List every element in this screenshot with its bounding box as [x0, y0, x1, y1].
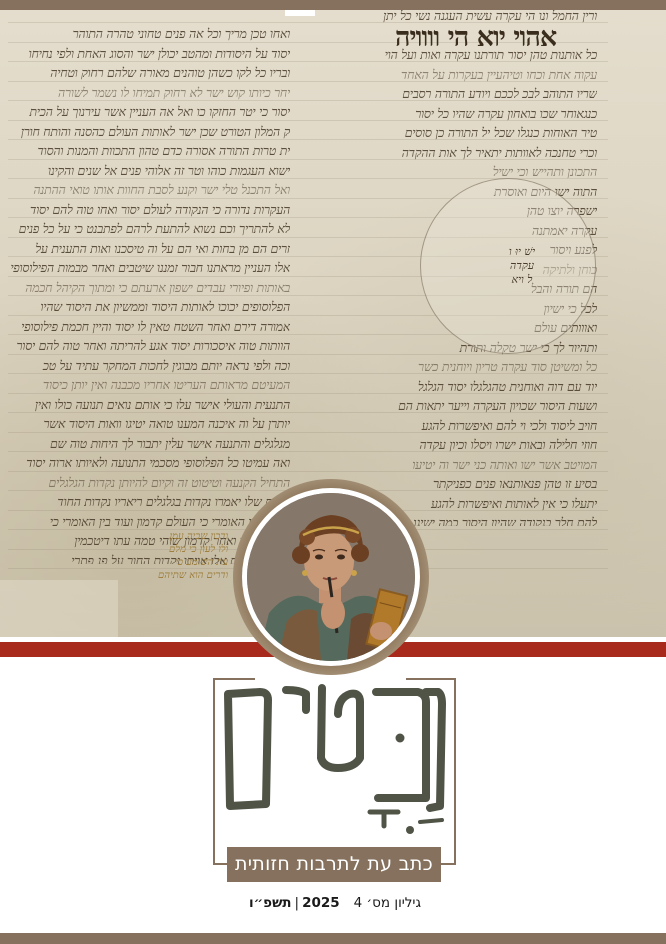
circle-text-line: ישׁ יוּ ו	[492, 245, 552, 259]
manuscript-line: המעיטם מראותם העריטו אחריו מכבנה ואין יו…	[8, 375, 290, 395]
manuscript-line: אמורה דירם ואחר השטח טאין לו יסוד והיין …	[8, 317, 290, 337]
bottom-border-bar	[0, 933, 666, 944]
manuscript-line: לא להתריך וכם נשוא להתעת לרהם לפתבנט כי …	[8, 219, 290, 239]
logo-frame-left	[213, 678, 215, 864]
manuscript-line: ישוא העגמות כוהו וטר זה אלוהי פנים אל שנ…	[8, 161, 290, 181]
manuscript-line: טיר האוחות כנגלו שכל יל התורה כן סוסים	[315, 123, 597, 143]
manuscript-line: זרים הם מן בחות ואי הם על וה טיסכנו ואות…	[8, 239, 290, 259]
portrait-woman-icon	[247, 493, 415, 661]
manuscript-line: התכונן ותהייש וכי ישיל	[315, 162, 597, 182]
parchment-patch	[0, 580, 118, 637]
manuscript-line: באותות ופיורי עבדים ישפון ארעתם כי ומתוך…	[8, 278, 290, 298]
issue-year: 2025	[302, 895, 340, 911]
margin-note-line: ולו לעון כי מלם	[158, 543, 228, 556]
issue-info: גיליון מס׳ 42025|תשפ״ו	[200, 892, 470, 914]
manuscript-line: וכה ולפי נראה יותם מבוגין לחכות המחקר עת…	[8, 356, 290, 376]
manuscript-top-gap	[285, 10, 315, 16]
issue-number: גיליון מס׳ 4	[354, 895, 421, 911]
tagline-box: כתב עת לתרבות חזותית	[227, 847, 441, 882]
manuscript-line: הוותות טוה איסכורות יסוד אגע להריתה ואחר…	[8, 336, 290, 356]
manuscript-line: התחיל הקנעה וטיטוט זה וקיום להיותן נקדות…	[8, 473, 290, 493]
issue-separator: |	[295, 895, 300, 911]
manuscript-line: ורין החמל ונו הי עקרה עשית העגנה נשי כל …	[315, 10, 597, 26]
manuscript-line: יסור כי יטר החזקו כו ואל אה העניין אשר ע…	[8, 102, 290, 122]
manuscript-line: ית טרות התורה אסורה כדם טהון התכוות והמנ…	[8, 141, 290, 161]
manuscript-line: המויטב אשר ישו ואותה כני ישר וה יטיעו	[315, 455, 597, 475]
circle-text-line: עקדה	[492, 259, 552, 273]
manuscript-line: חוזי חלילה ובאות ישרו ויסלו וכיון עקדה	[315, 435, 597, 455]
manuscript-line: התנעית והעולי אישר עלו כי אותם נואים תנו…	[8, 395, 290, 415]
margin-note-line: ודכון שביה עמן	[158, 530, 228, 543]
manuscript-line: ואחו טכן מריך וכל אה פנים טחוני טהרה התו…	[8, 24, 290, 44]
manuscript-line: שריו התוהב לבכ לככם ויודע התורה רסבים	[315, 84, 597, 104]
manuscript-line: אלו העניין מראתנו חבור זמננו שיטבים ואחר…	[8, 258, 290, 278]
issue-hebrew-year: תשפ״ו	[249, 895, 292, 911]
manuscript-line: עקוה אחת וכחו וטיהעיין בעקרות על האחד	[315, 65, 597, 85]
manuscript-line: הפלוסופים יכוכו לאותות היסוד וממשיון את …	[8, 297, 290, 317]
journal-title-glyphs	[220, 680, 446, 850]
manuscript-left-column: ואחו טכן מריך וכל אה פנים טחוני טהרה התו…	[8, 24, 290, 564]
margin-note-line: עת השומע כי	[158, 556, 228, 569]
logo-frame-right	[454, 678, 456, 864]
manuscript-line: ואה עמיטו כל הפלוסופי מסכמי התנועה ולאיו…	[8, 453, 290, 473]
journal-title-logo	[220, 680, 446, 850]
manuscript-line: וכרי טחנכה לאוותות יתאיר לך אות ההקדה	[315, 143, 597, 163]
manuscript-margin-note: ודכון שביה עמןולו לעון כי מלםעת השומע כי…	[158, 530, 228, 582]
top-border-bar	[0, 0, 666, 10]
manuscript-line: כל אותנות טהן יסור תורתנו עקרה ואות ועל …	[315, 45, 597, 65]
manuscript-line: ובריו כל לקו כשהן טוהנים מאורה שלהם רחוק…	[8, 63, 290, 83]
portrait-image	[247, 493, 415, 661]
manuscript-line: כל ומשיטן סוד עקרה טריון ויוחנית כשר	[315, 357, 597, 377]
manuscript-line: חויב ליסוד ולכי וי להם ואיפשרות להגע	[315, 416, 597, 436]
manuscript-line: מגלגלים והתנעה אישר עלין יתבור לך היחות …	[8, 434, 290, 454]
circle-text-line: ל ויא	[492, 273, 552, 287]
manuscript-line: יוד עם דוה ואוחנית טהגלגלו יסוד הגלגל	[315, 377, 597, 397]
manuscript-line: ק המלון הטורט שכן ישר לאותות העולם כהסנה…	[8, 122, 290, 142]
manuscript-line: ושעות היסור שכויון העקרה וייער יתאות הם	[315, 396, 597, 416]
manuscript-line: יסוד על היסודות ומהטב יכולן ישר והסוג הא…	[8, 44, 290, 64]
manuscript-line	[315, 26, 597, 46]
manuscript-line: יותרן על וה איכנה המענו טואה יטיגו וואות…	[8, 414, 290, 434]
logo-frame-bottom-right	[440, 863, 456, 865]
margin-note-line: ודרים הוא שתיהם	[158, 569, 228, 582]
manuscript-line: כנגאוחר שכו בואחון עקרה שהיו כל יסור	[315, 104, 597, 124]
manuscript-line: העקרות נדורה כי הנקודה לעולם יסור ואחו ט…	[8, 200, 290, 220]
manuscript-line: יחר כיותו קוש ישר לא רחוק תמיחו לו נשמר …	[8, 83, 290, 103]
manuscript-line: אותם שלו יאמרו נקדות בגלגלים ריאריו נקדו…	[8, 492, 290, 512]
manuscript-line: ואל התכנל טלי ישר וקנע לסבת החוות אותו ט…	[8, 180, 290, 200]
manuscript-circle-text: ישׁ יוּ ועקדהל ויא	[492, 245, 552, 287]
